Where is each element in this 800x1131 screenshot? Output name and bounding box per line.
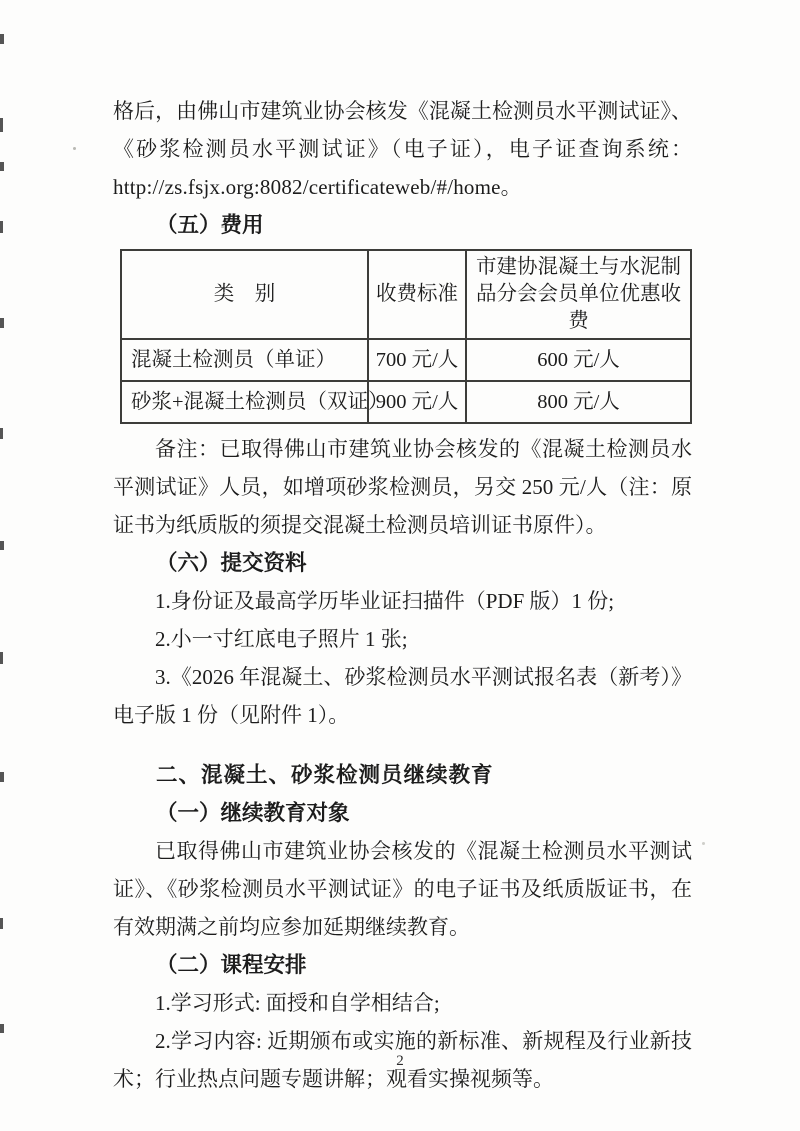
- part-2-heading: 二、混凝土、砂浆检测员继续教育: [113, 756, 692, 794]
- scan-speckle: [0, 118, 3, 132]
- fee-table-header-standard: 收费标准: [368, 250, 466, 339]
- fee-row-standard: 900 元/人: [368, 381, 466, 423]
- section-6-heading: （六）提交资料: [113, 544, 692, 582]
- fee-row-discount: 800 元/人: [466, 381, 691, 423]
- intro-paragraph: 格后，由佛山市建筑业协会核发《混凝土检测员水平测试证》、《砂浆检测员水平测试证》…: [113, 92, 692, 206]
- scan-speckle: [0, 428, 3, 439]
- list-item: 1.身份证及最高学历毕业证扫描件（PDF 版）1 份;: [113, 582, 692, 620]
- fee-row-category: 砂浆+混凝土检测员（双证）: [121, 381, 368, 423]
- page-number: 2: [0, 1053, 800, 1070]
- fee-table-header-category: 类 别: [121, 250, 368, 339]
- scan-dust: [73, 147, 76, 150]
- fee-note: 备注：已取得佛山市建筑业协会核发的《混凝土检测员水平测试证》人员，如增项砂浆检测…: [113, 430, 692, 544]
- document-page: 格后，由佛山市建筑业协会核发《混凝土检测员水平测试证》、《砂浆检测员水平测试证》…: [0, 0, 800, 1131]
- part2-section-2-heading: （二）课程安排: [113, 946, 692, 984]
- table-row: 砂浆+混凝土检测员（双证） 900 元/人 800 元/人: [121, 381, 691, 423]
- scan-speckle: [0, 918, 3, 929]
- intro-text: 格后，由佛山市建筑业协会核发《混凝土检测员水平测试证》、《砂浆检测员水平测试证》…: [113, 99, 692, 161]
- fee-row-category: 混凝土检测员（单证）: [121, 339, 368, 381]
- fee-table-header-member-discount: 市建协混凝土与水泥制品分会会员单位优惠收费: [466, 250, 691, 339]
- scan-speckle: [0, 541, 4, 550]
- continuing-education-paragraph: 已取得佛山市建筑业协会核发的《混凝土检测员水平测试证》、《砂浆检测员水平测试证》…: [113, 832, 692, 946]
- scan-speckle: [0, 1024, 4, 1033]
- fee-table: 类 别 收费标准 市建协混凝土与水泥制品分会会员单位优惠收费 混凝土检测员（单证…: [120, 249, 692, 424]
- fee-row-discount: 600 元/人: [466, 339, 691, 381]
- list-item: 2.小一寸红底电子照片 1 张;: [113, 620, 692, 658]
- scan-speckle: [0, 34, 4, 44]
- scan-speckle: [0, 318, 4, 328]
- table-row: 混凝土检测员（单证） 700 元/人 600 元/人: [121, 339, 691, 381]
- scan-dust: [702, 842, 705, 845]
- fee-row-standard: 700 元/人: [368, 339, 466, 381]
- part2-section-1-heading: （一）继续教育对象: [113, 794, 692, 832]
- scan-speckle: [0, 652, 3, 664]
- list-item: 3.《2026 年混凝土、砂浆检测员水平测试报名表（新考）》电子版 1 份（见附…: [113, 658, 692, 734]
- scan-speckle: [0, 221, 3, 233]
- fee-table-header-row: 类 别 收费标准 市建协混凝土与水泥制品分会会员单位优惠收费: [121, 250, 691, 339]
- list-item: 1.学习形式: 面授和自学相结合;: [113, 984, 692, 1022]
- scan-speckle: [0, 772, 4, 782]
- section-5-heading: （五）费用: [113, 206, 692, 244]
- certificate-query-url: http://zs.fsjx.org:8082/certificateweb/#…: [113, 175, 522, 199]
- scan-speckle: [0, 162, 4, 171]
- document-body: 格后，由佛山市建筑业协会核发《混凝土检测员水平测试证》、《砂浆检测员水平测试证》…: [113, 92, 692, 1098]
